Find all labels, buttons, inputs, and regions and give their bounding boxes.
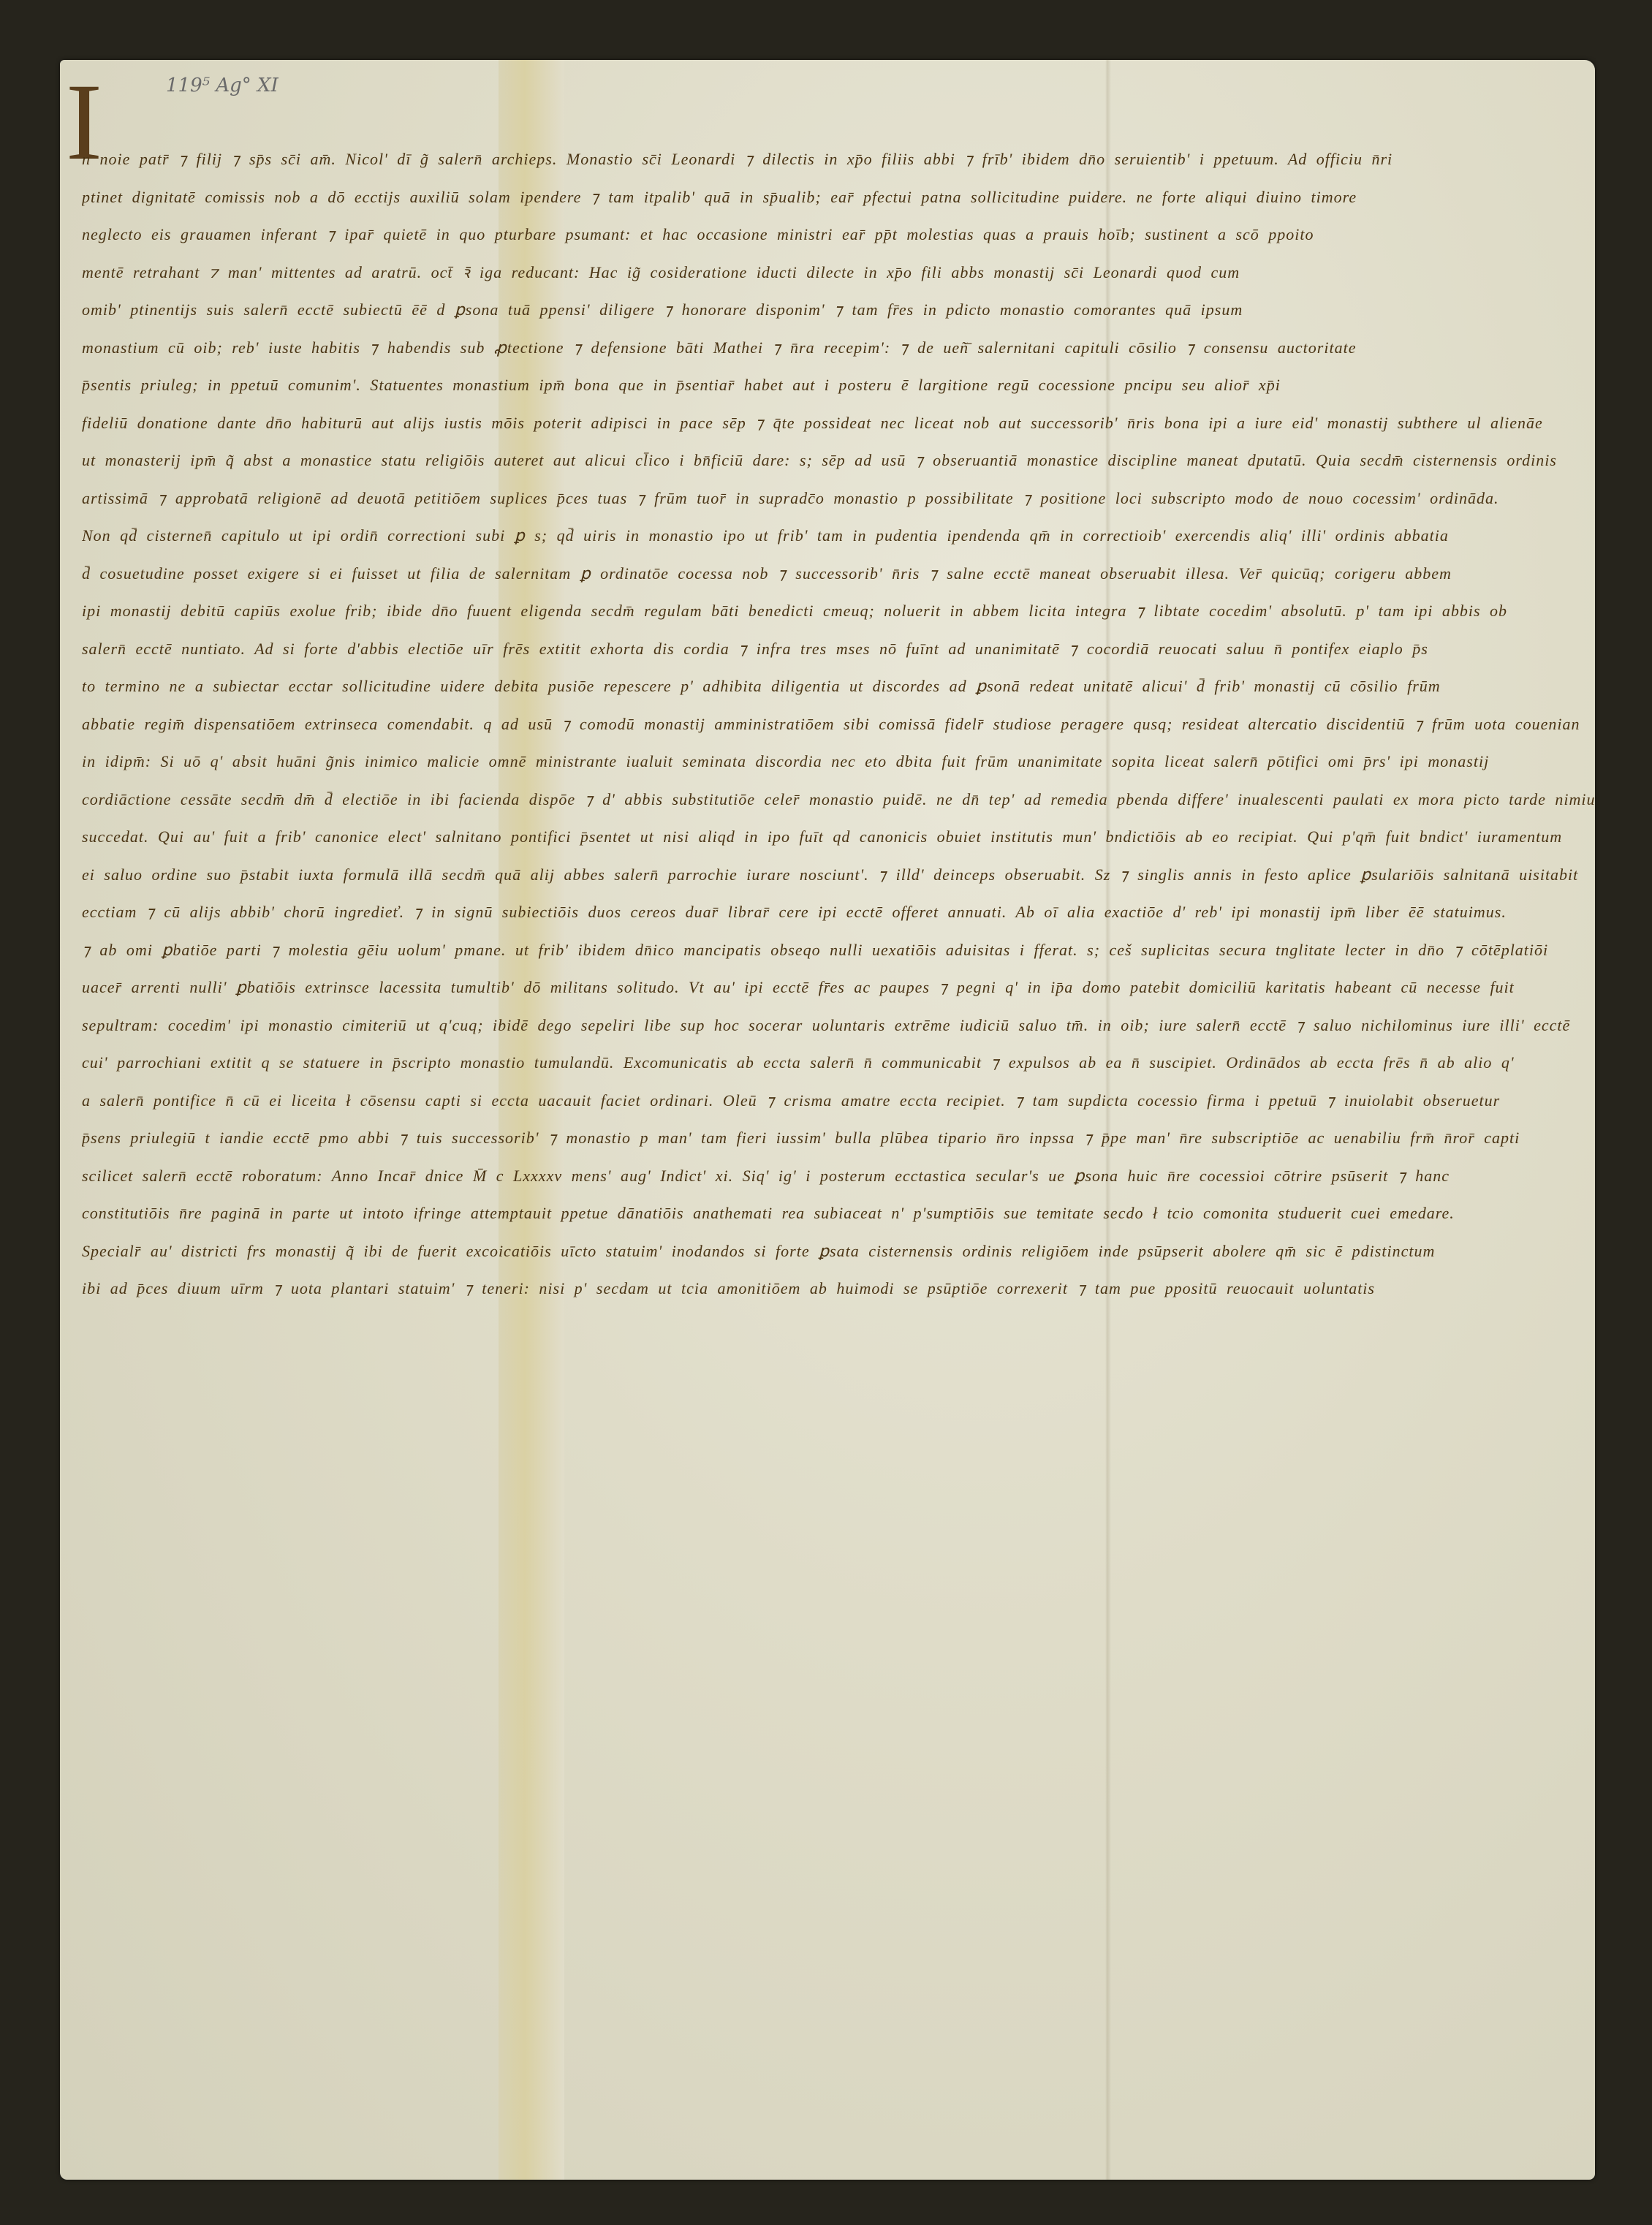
- parchment-sheet: 119⁵ Ag° XI I n noie patr̄ ⁊ filij ⁊ sp̄…: [60, 60, 1595, 2180]
- charter-line: cordiāctione cessāte secdm̄ dm̄ d̄ elect…: [82, 781, 1595, 819]
- archival-annotation: 119⁵ Ag° XI: [166, 75, 279, 96]
- charter-line: p̄sentis priuleg; in ppetuū comunim'. St…: [82, 366, 1595, 404]
- charter-line: Non qd̄ cisternen̄ capitulo ut ipi ordin…: [82, 517, 1595, 555]
- charter-line: ipi monastij debitū capiūs exolue frib; …: [82, 592, 1595, 630]
- charter-line: ut monasterij ipm̄ q̃ abst a monastice s…: [82, 441, 1595, 480]
- charter-line: cui' parrochiani extitit q se statuere i…: [82, 1044, 1595, 1082]
- charter-line: ibi ad p̄ces diuum uīrm ⁊ uota plantari …: [82, 1270, 1595, 1308]
- charter-line: fideliū donatione dante dn̄o habiturū au…: [82, 404, 1595, 442]
- charter-line: monastium cū oib; reb' iuste habitis ⁊ h…: [82, 329, 1595, 367]
- charter-line: salern̄ ecctē nuntiato. Ad si forte d'ab…: [82, 630, 1595, 668]
- charter-line: scilicet salern̄ ecctē roboratum: Anno I…: [82, 1157, 1595, 1195]
- charter-line: ei saluo ordine suo p̄stabit iuxta formu…: [82, 856, 1595, 894]
- charter-line: d̄ cosuetudine posset exigere si ei fuis…: [82, 555, 1595, 593]
- charter-line: sepultram: cocedim' ipi monastio cimiter…: [82, 1007, 1595, 1045]
- charter-line: Specialr̄ au' districti frs monastij q̃ …: [82, 1232, 1595, 1270]
- charter-line: constitutiōis n̄re paginā in parte ut in…: [82, 1194, 1595, 1232]
- charter-line: mentē retrahant ⁊ man' mittentes ad arat…: [82, 254, 1595, 292]
- charter-line: ptinet dignitatē comissis nob a dō eccti…: [82, 178, 1595, 216]
- charter-line: neglecto eis grauamen inferant ⁊ ipar̄ q…: [82, 216, 1595, 254]
- charter-line: a salern̄ pontifice n̄ cū ei liceita ł c…: [82, 1082, 1595, 1120]
- charter-text: n noie patr̄ ⁊ filij ⁊ sp̄s sc̄i am̄. Ni…: [82, 140, 1595, 1308]
- charter-line: abbatie regim̄ dispensatiōem extrinseca …: [82, 705, 1595, 743]
- charter-line: succedat. Qui au' fuit a frib' canonice …: [82, 818, 1595, 856]
- charter-line: artissimā ⁊ approbatā religionē ad deuot…: [82, 480, 1595, 518]
- charter-line: n noie patr̄ ⁊ filij ⁊ sp̄s sc̄i am̄. Ni…: [82, 140, 1595, 178]
- charter-line: omib' ptinentijs suis salern̄ ecctē subi…: [82, 291, 1595, 329]
- charter-line: ⁊ ab omi ꝑbatiōe parti ⁊ molestia gēiu u…: [82, 931, 1595, 969]
- charter-line: p̄sens priulegiū t iandie ecctē pmo abbi…: [82, 1119, 1595, 1157]
- charter-line: uacer̄ arrenti nulli' ꝑbatiōis extrinsce…: [82, 969, 1595, 1007]
- charter-line: to termino ne a subiectar ecctar sollici…: [82, 667, 1595, 705]
- charter-line: in idipm̄: Si uō q' absit huāni g̃nis in…: [82, 743, 1595, 781]
- charter-line: ecctiam ⁊ cū alijs abbib' chorū ingredie…: [82, 893, 1595, 931]
